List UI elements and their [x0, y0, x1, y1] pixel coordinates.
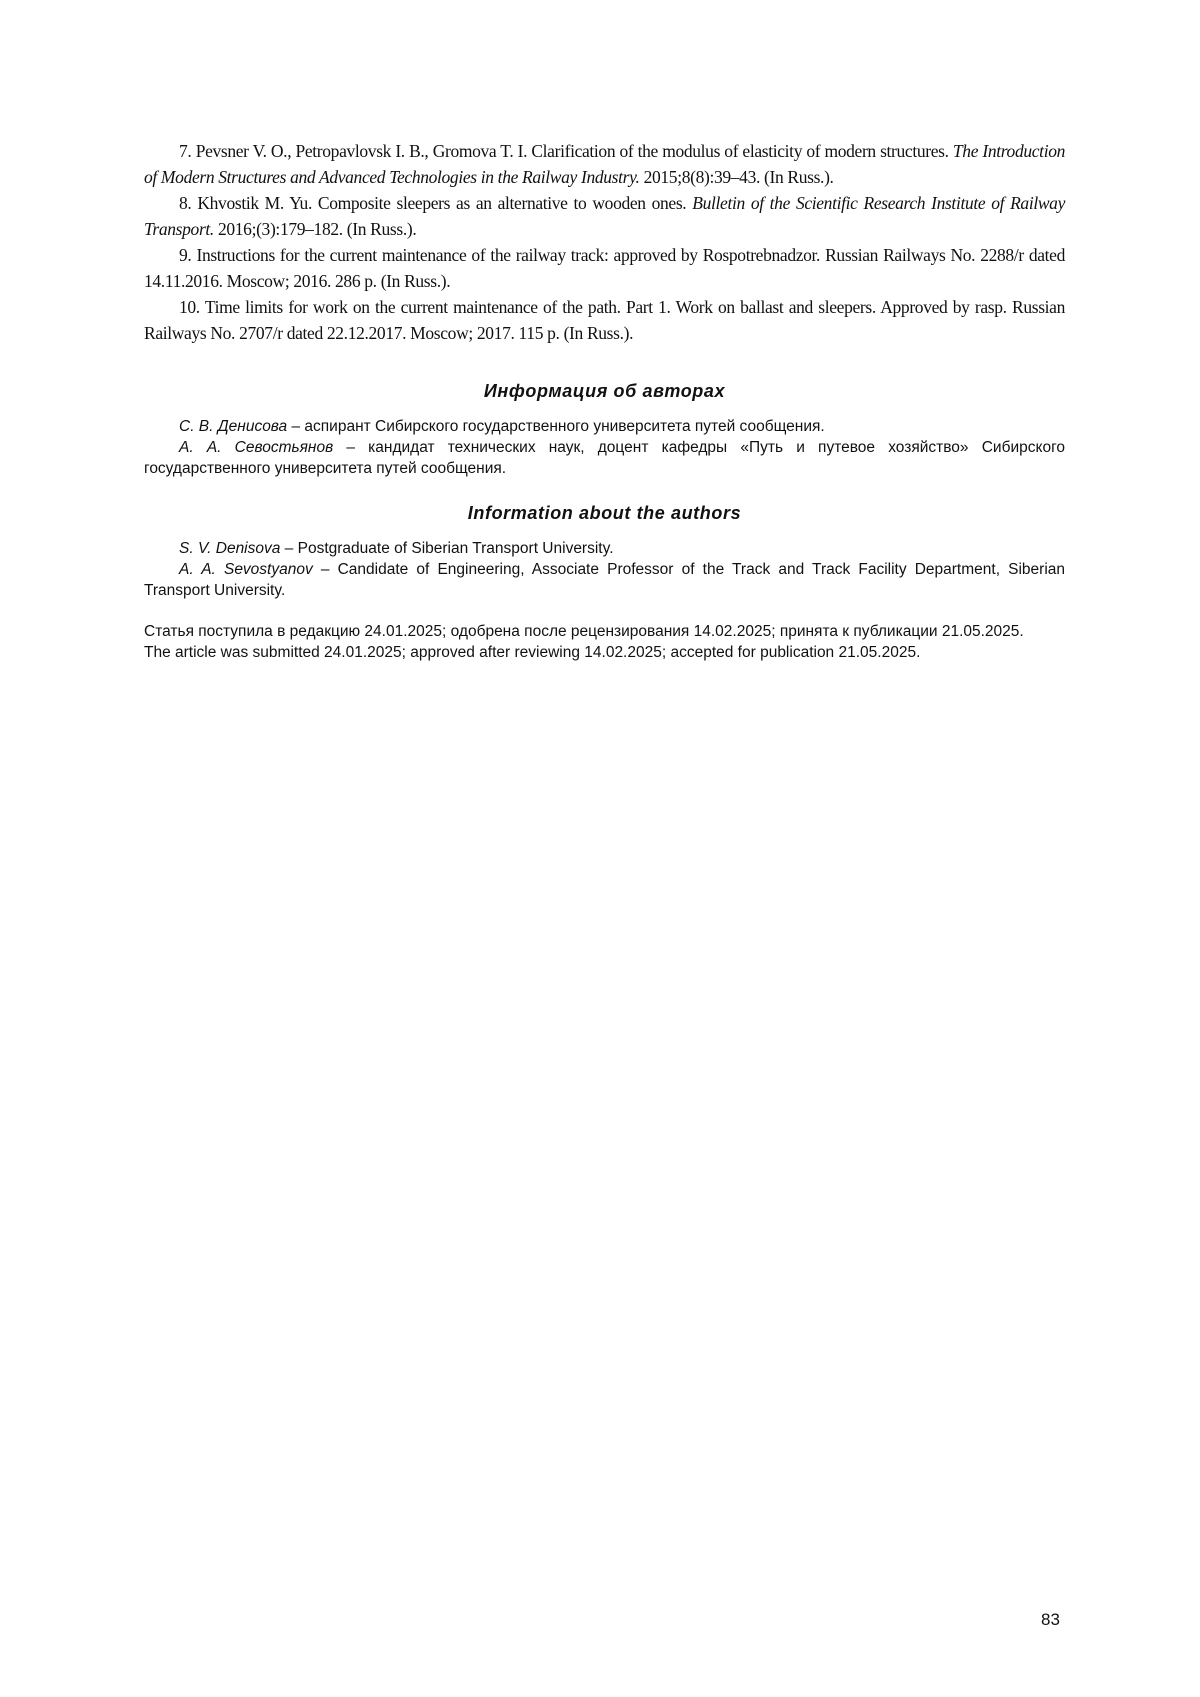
author-item: A. A. Sevostyanov – Candidate of Enginee… [144, 559, 1065, 601]
reference-number: 8. [179, 193, 191, 213]
author-desc: – Postgraduate of Siberian Transport Uni… [280, 540, 613, 557]
reference-item: 7. Pevsner V. O., Petropavlovsk I. B., G… [144, 138, 1065, 190]
author-desc: – аспирант Сибирского государственного у… [287, 418, 825, 435]
section-title-authors-ru: Информация об авторах [144, 381, 1065, 402]
page-number: 83 [1041, 1610, 1060, 1630]
reference-number: 7. [179, 141, 191, 161]
reference-number: 10. [179, 297, 200, 317]
authors-en-section: Information about the authors S. V. Deni… [144, 503, 1065, 601]
author-item: С. В. Денисова – аспирант Сибирского гос… [144, 416, 1065, 437]
reference-item: 8. Khvostik M. Yu. Composite sleepers as… [144, 190, 1065, 242]
dates-en: The article was submitted 24.01.2025; ap… [144, 642, 1065, 663]
article-dates: Статья поступила в редакцию 24.01.2025; … [144, 621, 1065, 663]
authors-ru-section: Информация об авторах С. В. Денисова – а… [144, 381, 1065, 479]
author-item: S. V. Denisova – Postgraduate of Siberia… [144, 538, 1065, 559]
reference-list: 7. Pevsner V. O., Petropavlovsk I. B., G… [144, 138, 1065, 346]
author-name: А. А. Севостьянов [179, 439, 333, 456]
reference-text: Khvostik M. Yu. Composite sleepers as an… [191, 193, 692, 213]
reference-number: 9. [179, 245, 191, 265]
reference-item: 10. Time limits for work on the current … [144, 294, 1065, 346]
page-content: 7. Pevsner V. O., Petropavlovsk I. B., G… [144, 138, 1065, 663]
reference-text: Time limits for work on the current main… [144, 297, 1065, 343]
author-name: A. A. Sevostyanov [179, 561, 313, 578]
author-name: S. V. Denisova [179, 540, 280, 557]
author-name: С. В. Денисова [179, 418, 287, 435]
reference-details: 2016;(3):179–182. (In Russ.). [214, 219, 416, 239]
section-title-authors-en: Information about the authors [144, 503, 1065, 524]
reference-details: 2015;8(8):39–43. (In Russ.). [640, 167, 834, 187]
reference-text: Instructions for the current maintenance… [144, 245, 1065, 291]
dates-ru: Статья поступила в редакцию 24.01.2025; … [144, 621, 1065, 642]
reference-text: Pevsner V. O., Petropavlovsk I. B., Grom… [191, 141, 952, 161]
author-item: А. А. Севостьянов – кандидат технических… [144, 437, 1065, 479]
reference-item: 9. Instructions for the current maintena… [144, 242, 1065, 294]
